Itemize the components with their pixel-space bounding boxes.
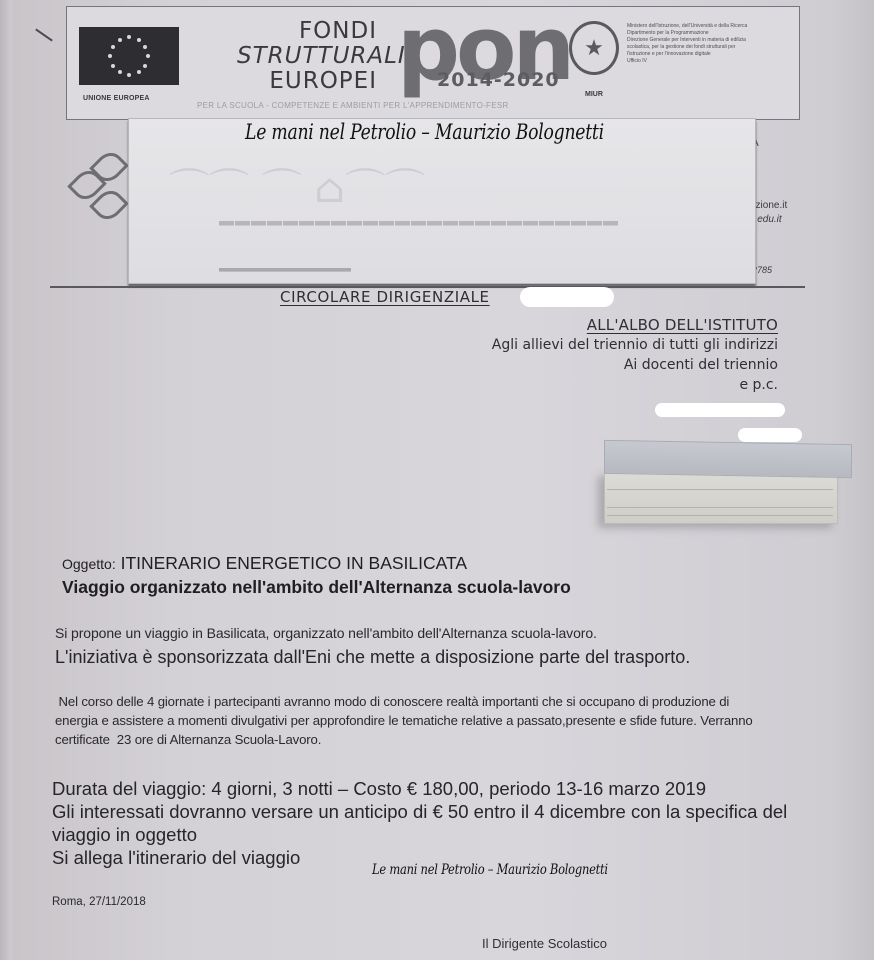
eu-star-icon xyxy=(143,64,147,68)
eu-label: UNIONE EUROPEA xyxy=(83,95,150,102)
italian-republic-emblem-icon: ★ xyxy=(569,21,619,75)
eu-flag-icon xyxy=(79,27,179,85)
trip-deposit: Gli interessati dovranno versare un anti… xyxy=(52,800,792,846)
recipient-pc: e p.c. xyxy=(492,375,778,395)
miur-label: MIUR xyxy=(585,91,603,98)
ghost-text: ▬▬▬▬▬▬▬▬▬▬▬▬▬▬▬▬▬▬▬▬▬▬▬▬▬ xyxy=(219,217,619,234)
eu-star-icon xyxy=(127,73,131,77)
ministry-line: Ufficio IV xyxy=(627,58,797,65)
recipient-students: Agli allievi del triennio di tutti gli i… xyxy=(492,335,778,355)
eu-star-icon xyxy=(108,54,112,58)
trip-duration-cost: Durata del viaggio: 4 giorni, 3 notti – … xyxy=(52,777,792,800)
pon-years: 2014-2020 xyxy=(437,69,560,91)
eu-star-icon xyxy=(127,35,131,39)
recipient-teachers: Ai docenti del triennio xyxy=(492,355,778,375)
subject-title: ITINERARIO ENERGETICO IN BASILICATA xyxy=(121,553,468,573)
school-logo-icon xyxy=(68,148,128,228)
body-paragraph-sponsor: L'iniziativa è sponsorizzata dall'Eni ch… xyxy=(55,646,755,668)
subject-subtitle: Viaggio organizzato nell'ambito dell'Alt… xyxy=(62,576,571,599)
eu-star-icon xyxy=(118,70,122,74)
body-paragraph-intro: Si propone un viaggio in Basilicata, org… xyxy=(55,625,597,641)
eu-star-icon xyxy=(111,64,115,68)
circolare-title: CIRCOLARE DIRIGENZIALE xyxy=(280,288,490,306)
ghost-text: ⌒⌒ ⌒ ⌂⌒⌒ xyxy=(169,157,425,214)
ministry-line: Dipartimento per la Programmazione xyxy=(627,30,797,37)
eu-star-icon xyxy=(111,45,115,49)
fondi-line: FONDI xyxy=(237,19,377,44)
redaction xyxy=(655,403,785,417)
folded-paper xyxy=(604,442,848,522)
eu-star-icon xyxy=(146,54,150,58)
subject-block: Oggetto: ITINERARIO ENERGETICO IN BASILI… xyxy=(62,552,571,599)
watermark-top: Le mani nel Petrolio – Maurizio Bolognet… xyxy=(245,120,604,144)
body-paragraph-details: Nel corso delle 4 giornate i partecipant… xyxy=(55,692,775,749)
header-banner: UNIONE EUROPEA FONDI STRUTTURALI EUROPEI… xyxy=(66,6,800,120)
corner-mark xyxy=(35,28,53,41)
ministry-text: Ministero dell'Istruzione, dell'Universi… xyxy=(627,23,797,65)
recipients-block: ALL'ALBO DELL'ISTITUTO Agli allievi del … xyxy=(492,315,778,395)
fondi-line: EUROPEI xyxy=(237,69,377,94)
pon-subtitle: PER LA SCUOLA - COMPETENZE E AMBIENTI PE… xyxy=(197,101,509,110)
fondi-line: STRUTTURALI xyxy=(237,44,377,69)
ghost-text: ▬▬▬▬▬▬▬▬▬▬▬ xyxy=(219,265,351,279)
eu-star-icon xyxy=(137,38,141,42)
signature-label: Il Dirigente Scolastico xyxy=(482,936,607,951)
eu-star-icon xyxy=(118,38,122,42)
subject-label: Oggetto: xyxy=(62,556,116,572)
ministry-line: Direzione Generale per Interventi in mat… xyxy=(627,37,797,44)
watermark-bottom: Le mani nel Petrolio – Maurizio Bolognet… xyxy=(372,862,608,878)
ministry-line: Ministero dell'Istruzione, dell'Universi… xyxy=(627,23,797,30)
body-trip-info: Durata del viaggio: 4 giorni, 3 notti – … xyxy=(52,777,792,869)
fondi-strutturali-title: FONDI STRUTTURALI EUROPEI xyxy=(237,19,377,94)
redaction xyxy=(520,287,614,307)
recipient-albo: ALL'ALBO DELL'ISTITUTO xyxy=(492,315,778,335)
redaction xyxy=(738,428,802,442)
eu-star-icon xyxy=(143,45,147,49)
eu-star-icon xyxy=(137,70,141,74)
document-date: Roma, 27/11/2018 xyxy=(52,896,146,908)
paper-edge xyxy=(0,0,12,960)
ministry-line: scolastica, per la gestione dei fondi st… xyxy=(627,44,797,51)
ministry-line: l'istruzione e per l'innovazione digital… xyxy=(627,51,797,58)
